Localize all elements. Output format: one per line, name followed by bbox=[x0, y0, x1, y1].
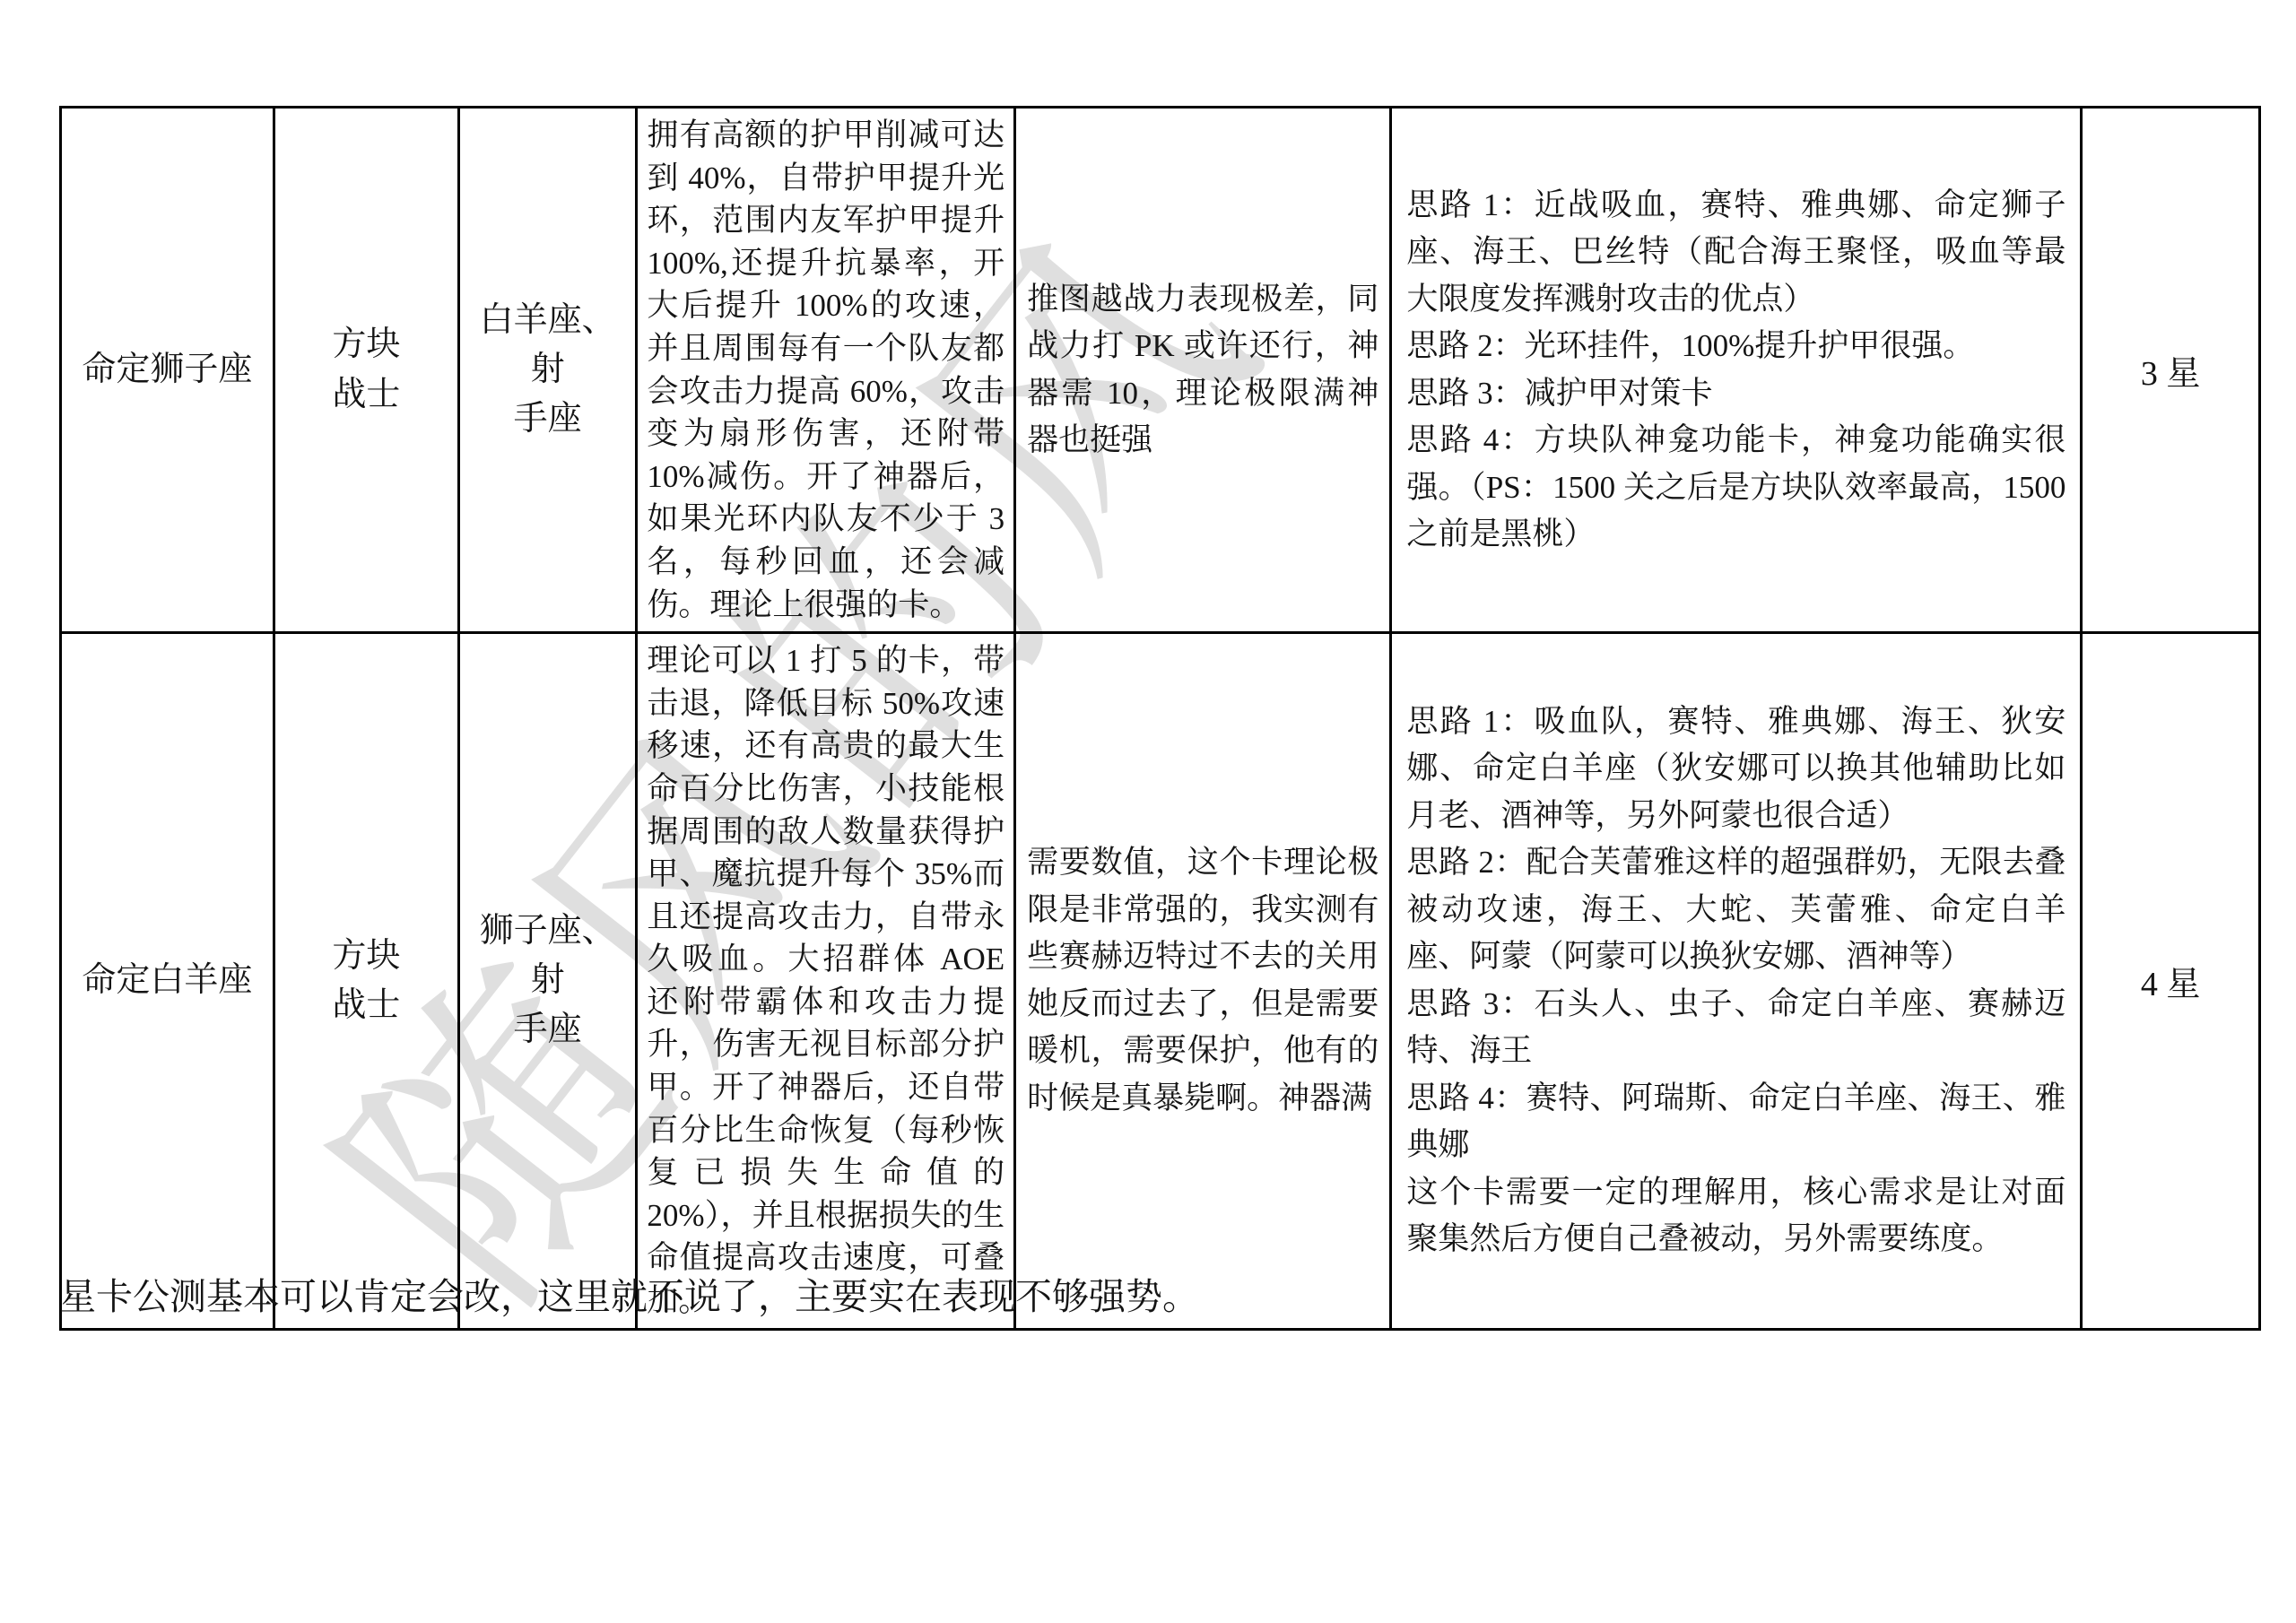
strategies-cell: 思路 1：吸血队，赛特、雅典娜、海王、狄安娜、命定白羊座（狄安娜可以换其他辅助比… bbox=[1391, 633, 2082, 1330]
footer-note: 星卡公测基本可以肯定会改，这里就不说了，主要实在表现不够强势。 bbox=[59, 1271, 2239, 1323]
card-class-cell: 方块 战士 bbox=[274, 633, 458, 1330]
table-row: 命定白羊座 方块 战士 狮子座、射 手座 理论可以 1 打 5 的卡，带击退，降… bbox=[61, 633, 2260, 1330]
card-class-cell: 方块 战士 bbox=[274, 108, 458, 633]
rating-cell: 3 星 bbox=[2082, 108, 2260, 633]
skill-description-cell: 理论可以 1 打 5 的卡，带击退，降低目标 50%攻速移速，还有高贵的最大生命… bbox=[637, 633, 1015, 1330]
card-rating-table: 命定狮子座 方块 战士 白羊座、射 手座 拥有高额的护甲削减可达到 40%，自带… bbox=[59, 106, 2261, 1331]
strategies-cell: 思路 1：近战吸血，赛特、雅典娜、命定狮子座、海王、巴丝特（配合海王聚怪，吸血等… bbox=[1391, 108, 2082, 633]
rating-cell: 4 星 bbox=[2082, 633, 2260, 1330]
evaluation-cell: 需要数值，这个卡理论极限是非常强的，我实测有些赛赫迈特过不去的关用她反而过去了，… bbox=[1015, 633, 1391, 1330]
zodiac-cell: 狮子座、射 手座 bbox=[458, 633, 637, 1330]
skill-description-cell: 拥有高额的护甲削减可达到 40%，自带护甲提升光环，范围内友军护甲提升 100%… bbox=[637, 108, 1015, 633]
table-row: 命定狮子座 方块 战士 白羊座、射 手座 拥有高额的护甲削减可达到 40%，自带… bbox=[61, 108, 2260, 633]
zodiac-cell: 白羊座、射 手座 bbox=[458, 108, 637, 633]
card-name-cell: 命定白羊座 bbox=[61, 633, 274, 1330]
evaluation-cell: 推图越战力表现极差，同战力打 PK 或许还行，神器需 10，理论极限满神器也挺强 bbox=[1015, 108, 1391, 633]
document-page: 随风的风 命定狮子座 方块 战士 白羊座、射 手座 拥有高额的护甲削减可达到 4… bbox=[0, 0, 2296, 1623]
card-name-cell: 命定狮子座 bbox=[61, 108, 274, 633]
